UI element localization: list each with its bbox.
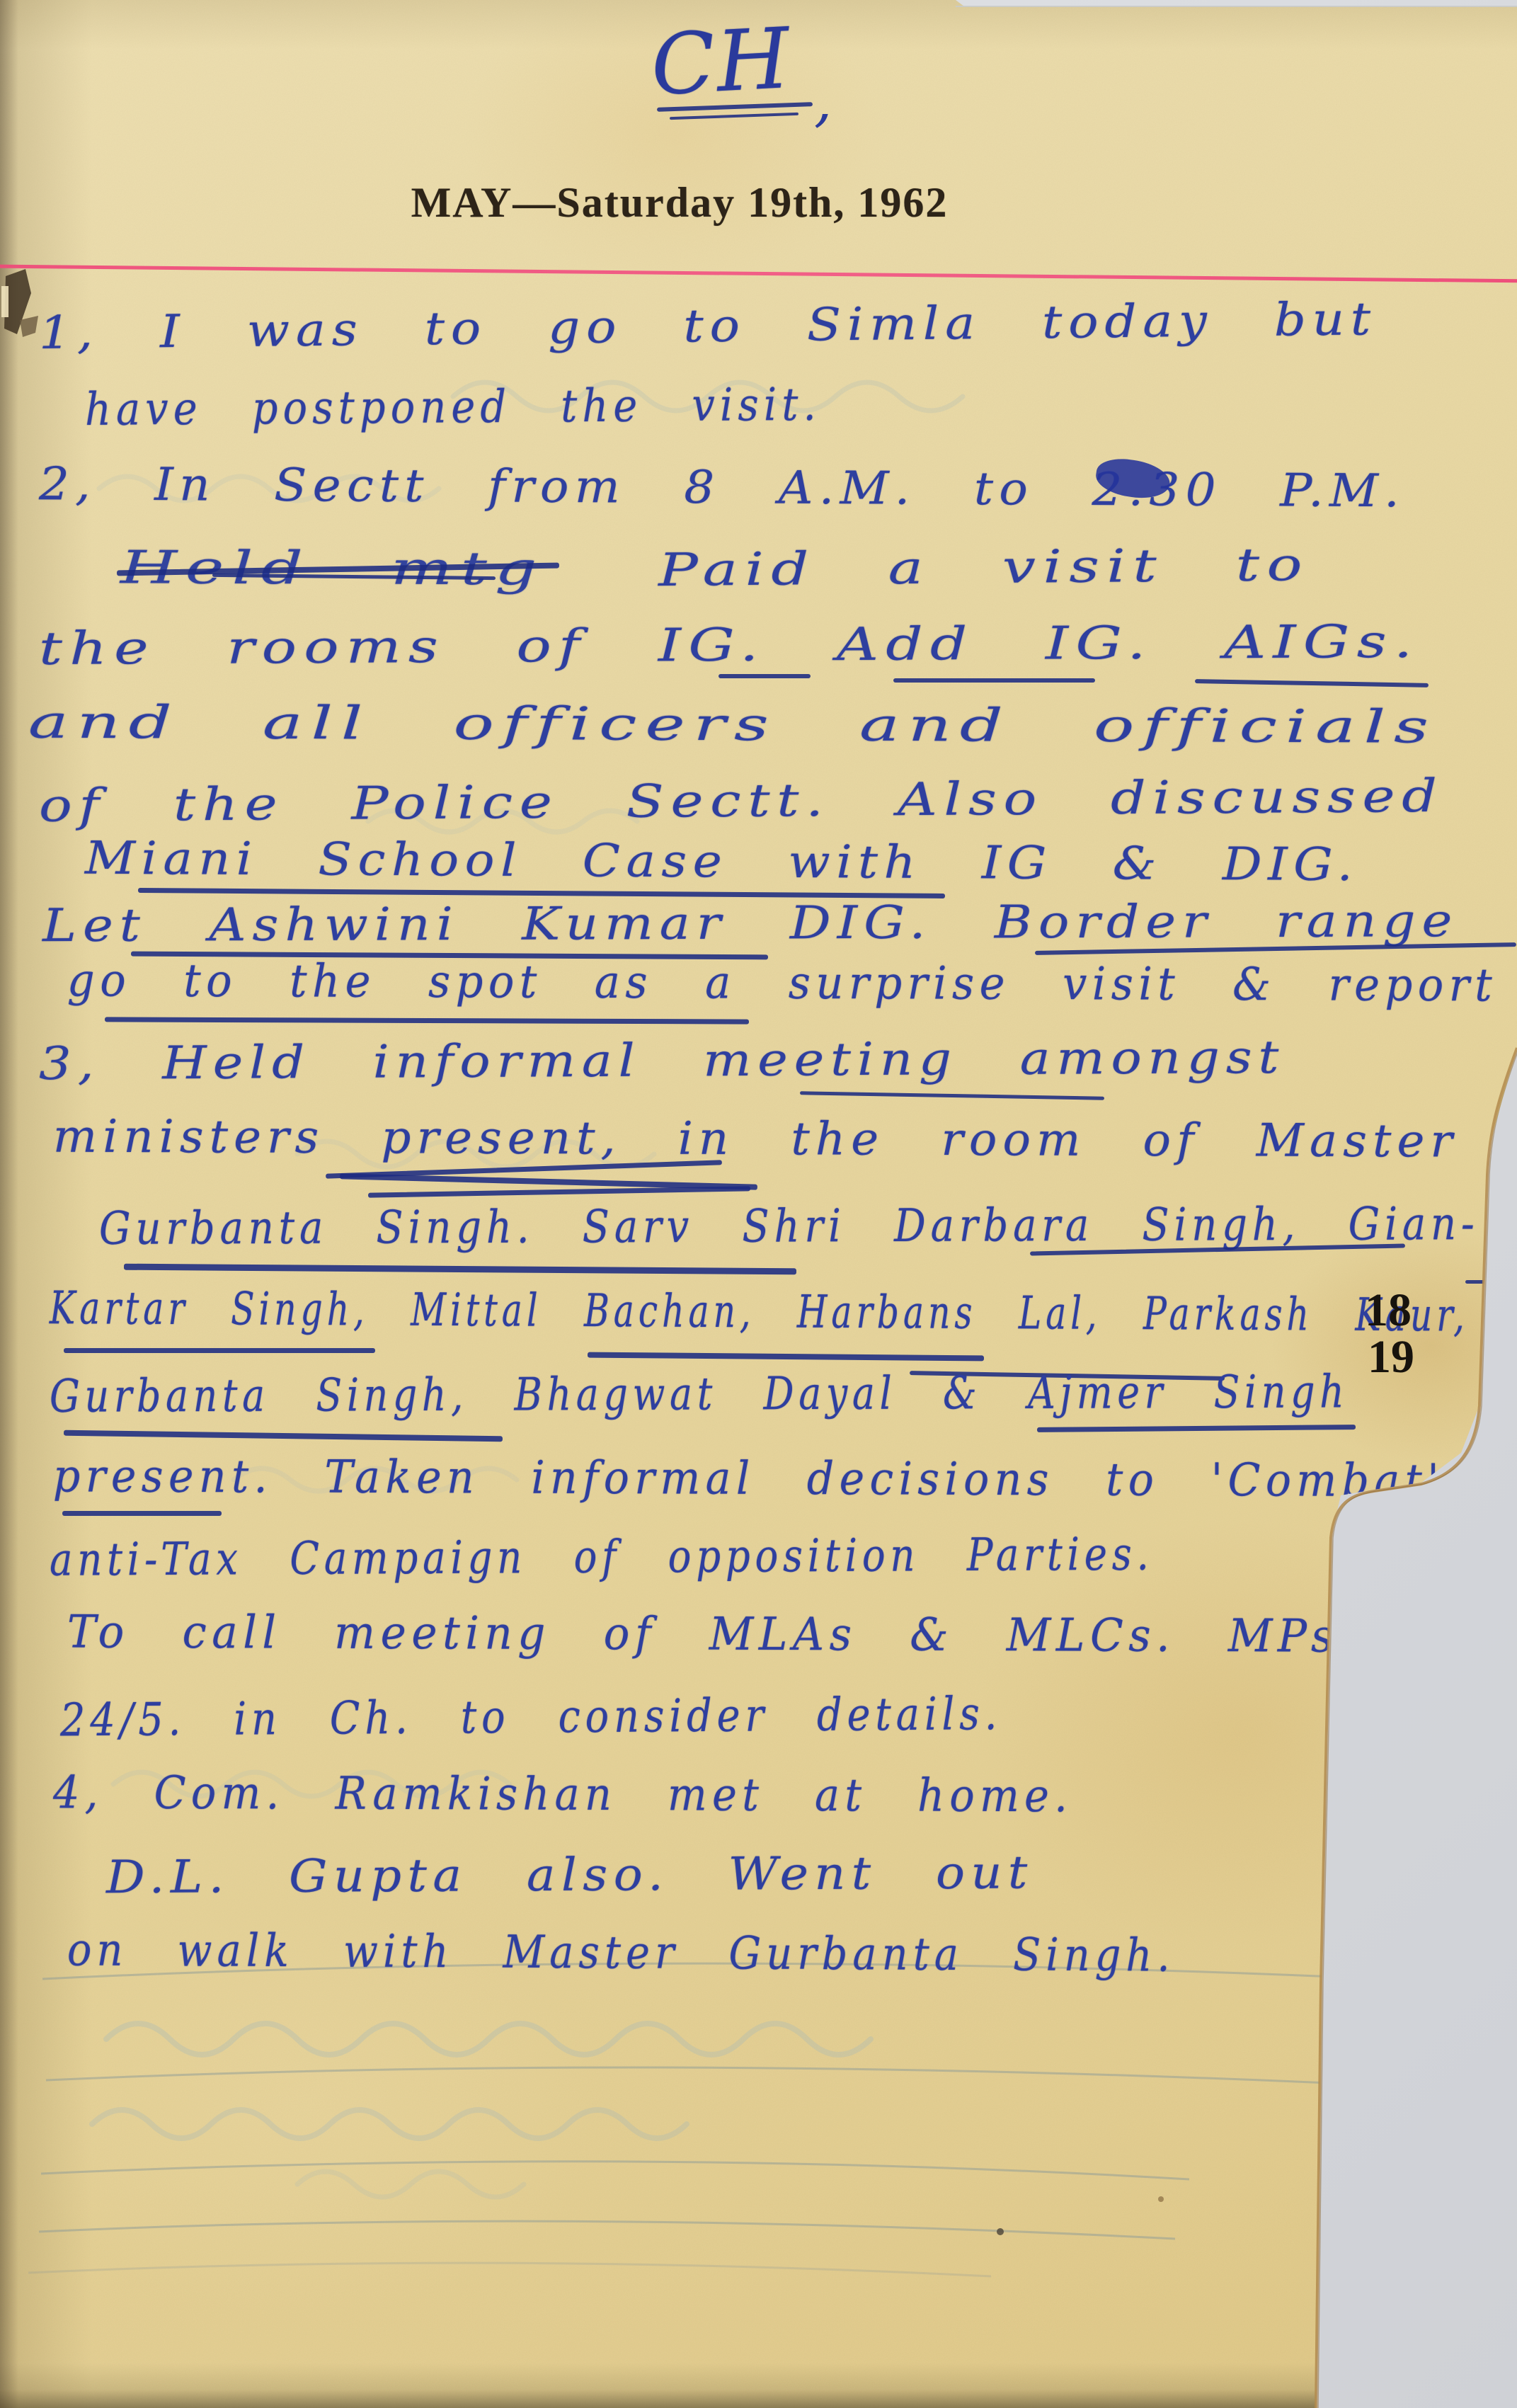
ink-underline xyxy=(893,678,1095,683)
diary-line: the rooms of IG. Add IG. AIGs. xyxy=(39,617,1118,675)
diary-line: Miani School Case with IG & DIG. xyxy=(85,833,1261,891)
ink-underline xyxy=(670,113,798,120)
ink-underline xyxy=(1037,1425,1356,1432)
diary-line: and all officers and officials xyxy=(28,697,976,753)
diary-line: Paid a visit to xyxy=(658,540,1160,597)
ink-underline xyxy=(719,674,811,678)
ink-underline xyxy=(62,1511,222,1516)
ink-underline xyxy=(64,1430,503,1442)
ink-underline xyxy=(105,1017,749,1024)
diary-line: present. Taken informal decisions to 'Co… xyxy=(53,1450,1517,1507)
diary-line: Gurbanta Singh, Bhagwat Dayal & Ajmer Si… xyxy=(50,1365,1517,1423)
pink-margin-rule xyxy=(0,265,1517,283)
ink-underline xyxy=(64,1348,375,1353)
ink-underline xyxy=(588,1352,984,1362)
diary-line: Let Ashwini Kumar DIG. Border range xyxy=(42,896,1298,952)
initials-comma: , xyxy=(814,68,832,134)
diary-line: go to the spot as a surprise visit & rep… xyxy=(67,954,1517,1012)
diary-line: ministers present, in the room of Master xyxy=(53,1111,1426,1168)
diary-line: have postponed the visit. xyxy=(85,378,908,436)
diary-line: 3, Held informal meeting amongst xyxy=(39,1032,1151,1090)
diary-line: 24/5. in Ch. to consider details. xyxy=(60,1687,1145,1747)
diary-line: Kartar Singh, Mittal Bachan, Harbans Lal… xyxy=(50,1282,1517,1345)
scanned-diary-page: CH , MAY—Saturday 19th, 1962 1, I was to… xyxy=(0,0,1517,2408)
diary-line: To call meeting of MLAs & MLCs. MPs in xyxy=(67,1606,1512,1663)
ink-underline xyxy=(124,1264,796,1275)
diary-line: 4, Com. Ramkishan met at home. xyxy=(53,1767,1164,1822)
printed-date-header: MAY—Saturday 19th, 1962 xyxy=(0,178,1359,227)
ink-scribble xyxy=(368,1186,750,1197)
diary-line: 1, I was to go to Simla today but xyxy=(39,295,1256,360)
diary-line: on walk with Master Gurbanta Singh. xyxy=(67,1924,1307,1982)
page-number-19: 19 xyxy=(1368,1334,1414,1381)
diary-paper: CH , MAY—Saturday 19th, 1962 1, I was to… xyxy=(0,0,1517,2408)
diary-line: anti-Tax Campaign of opposition Parties. xyxy=(50,1527,1349,1587)
page-number-18: 18 xyxy=(1365,1287,1412,1334)
diary-line: of the Police Sectt. Also discussed xyxy=(39,772,1197,832)
ink-underline xyxy=(1195,679,1429,687)
handwritten-initials: CH xyxy=(649,9,794,114)
ink-underline xyxy=(800,1091,1104,1100)
diary-line: D.L. Gupta also. Went out xyxy=(106,1847,978,1904)
